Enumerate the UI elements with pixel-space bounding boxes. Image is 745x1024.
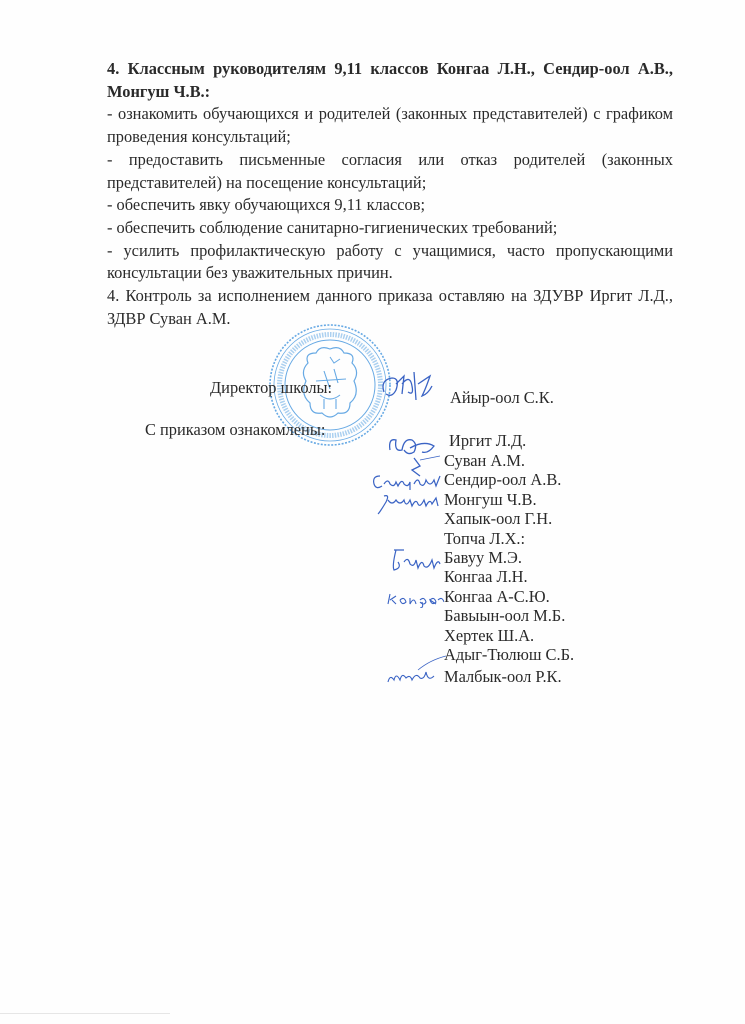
- acknowledged-label: С приказом ознакомлены:: [145, 420, 325, 440]
- section-4-heading: 4. Классным руководителям 9,11 классов К…: [107, 58, 673, 103]
- signature-malbyk-ool-icon: [384, 650, 448, 690]
- director-signature-icon: [378, 366, 438, 406]
- signature-sendir-ool-icon: [370, 470, 442, 492]
- acknowledged-name: Монгуш Ч.В.: [444, 490, 574, 509]
- acknowledged-name: Сендир-оол А.В.: [444, 470, 574, 489]
- instruction-item: - обеспечить явку обучающихся 9,11 класс…: [107, 194, 673, 217]
- acknowledged-name: Малбык-оол Р.К.: [444, 667, 574, 686]
- order-body: 4. Классным руководителям 9,11 классов К…: [107, 58, 673, 330]
- scan-artifact-line: [0, 1013, 170, 1014]
- instruction-item: - обеспечить соблюдение санитарно-гигиен…: [107, 217, 673, 240]
- instruction-item: - предоставить письменные согласия или о…: [107, 149, 673, 194]
- instruction-item: - усилить профилактическую работу с учащ…: [107, 240, 673, 285]
- director-label: Директор школы:: [210, 378, 332, 398]
- signature-mongush-icon: [376, 490, 442, 516]
- acknowledged-name: Конгаа Л.Н.: [444, 567, 574, 586]
- acknowledged-list: Суван А.М. Сендир-оол А.В. Монгуш Ч.В. Х…: [444, 451, 574, 687]
- instruction-item: - ознакомить обучающихся и родителей (за…: [107, 103, 673, 148]
- signature-bavuu-icon: [384, 546, 442, 576]
- acknowledged-name: Иргит Л.Д.: [449, 431, 526, 451]
- document-page: 4. Классным руководителям 9,11 классов К…: [0, 0, 745, 1024]
- signature-kongaa-icon: [386, 588, 444, 608]
- acknowledged-name: Бавыын-оол М.Б.: [444, 606, 574, 625]
- director-name: Айыр-оол С.К.: [450, 388, 554, 408]
- acknowledged-name: Адыг-Тюлюш С.Б.: [444, 645, 574, 664]
- acknowledged-name: Топча Л.Х.:: [444, 529, 574, 548]
- acknowledged-name: Конгаа А-С.Ю.: [444, 587, 574, 606]
- acknowledged-name: Хертек Ш.А.: [444, 626, 574, 645]
- acknowledged-name: Бавуу М.Э.: [444, 548, 574, 567]
- acknowledged-name: Суван А.М.: [444, 451, 574, 470]
- acknowledged-name: Хапык-оол Г.Н.: [444, 509, 574, 528]
